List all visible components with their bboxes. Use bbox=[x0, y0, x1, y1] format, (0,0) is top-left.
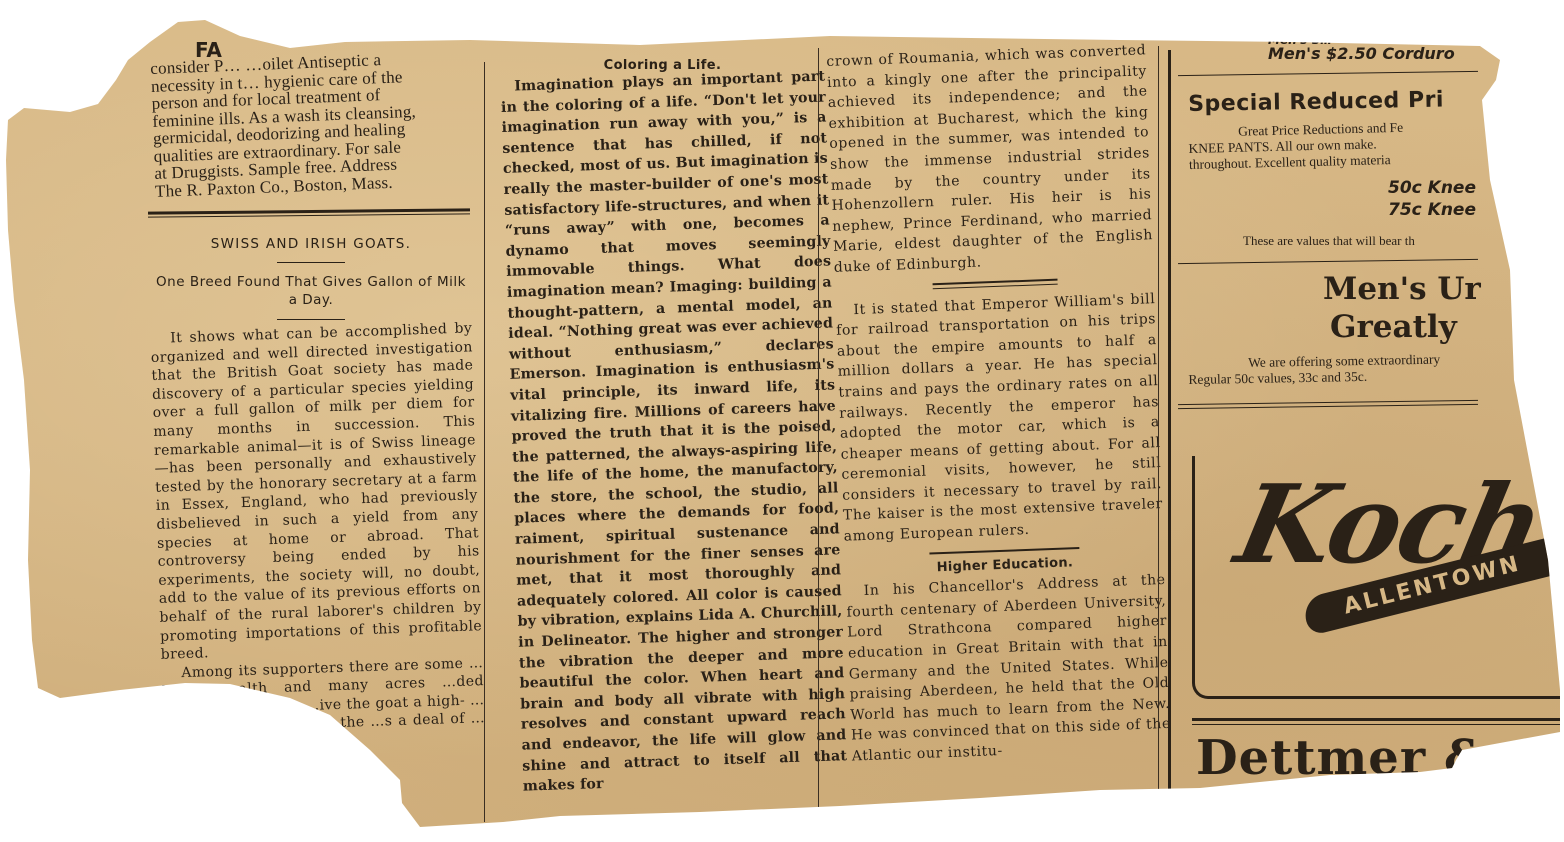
newspaper-clipping: FA consider P… …oilet Antiseptic a neces… bbox=[0, 0, 1564, 842]
ad-border-rule bbox=[1168, 50, 1171, 810]
article-roumania-body: crown of Roumania, which was converted i… bbox=[826, 40, 1172, 767]
article-paragraph: crown of Roumania, which was converted i… bbox=[826, 40, 1154, 278]
article-coloring-body: Imagination plays an important part in t… bbox=[500, 67, 848, 798]
divider-rule bbox=[1178, 404, 1478, 409]
subheadline-goats: One Breed Found That Gives Gallon of Mil… bbox=[150, 273, 472, 309]
divider-rule bbox=[1192, 724, 1562, 725]
column-rule bbox=[818, 48, 819, 818]
divider-rule bbox=[277, 262, 345, 263]
ad-mens-heading: Men's Ur bbox=[1323, 270, 1518, 308]
ad-cut-line: Men's $… bbox=[1268, 36, 1518, 44]
ad-greatly-heading: Greatly bbox=[1330, 308, 1518, 346]
article-paragraph-education: In his Chancellor's Address at the fourt… bbox=[845, 570, 1172, 767]
article-paragraph: It shows what can be accomplished by org… bbox=[150, 319, 483, 664]
article-goats-body: It shows what can be accomplished by org… bbox=[150, 319, 486, 757]
ad-corduroy: Men's $2.50 Corduro bbox=[1268, 44, 1518, 63]
column-ads: Men's $… Men's $2.50 Corduro Special Red… bbox=[1188, 36, 1518, 407]
article-paragraph: Imagination plays an important part in t… bbox=[500, 67, 848, 798]
article-paragraph-kaiser: It is stated that Emperor William's bill… bbox=[835, 289, 1164, 548]
divider-rule bbox=[1178, 259, 1478, 264]
column-coloring-a-life: Coloring a Life. Imagination plays an im… bbox=[500, 58, 825, 798]
ad-values-note: These are values that will bear th bbox=[1243, 233, 1518, 249]
column-roumania-kaiser-education: crown of Roumania, which was converted i… bbox=[826, 52, 1146, 768]
divider-rule bbox=[277, 319, 345, 320]
column-rule bbox=[1158, 46, 1159, 816]
ad-price-75c: 75c Knee bbox=[1388, 199, 1518, 221]
dettmer-ad-heading: Dettmer & bbox=[1196, 730, 1488, 786]
divider-rule bbox=[1192, 718, 1562, 721]
ad-price-50c: 50c Knee bbox=[1388, 177, 1518, 199]
column-goats: FA consider P… …oilet Antiseptic a neces… bbox=[150, 40, 472, 758]
ad-offer-body: We are offering some extraordinary Regul… bbox=[1188, 350, 1519, 388]
toilet-antiseptic-ad: consider P… …oilet Antiseptic a necessit… bbox=[150, 48, 477, 200]
headline-goats: SWISS AND IRISH GOATS. bbox=[150, 236, 472, 252]
divider-rule bbox=[1178, 71, 1478, 76]
article-paragraph: Among its supporters there are some … la… bbox=[161, 654, 486, 758]
ad-special-body: Great Price Reductions and Fe KNEE PANTS… bbox=[1188, 117, 1519, 173]
ad-special-reduced-heading: Special Reduced Pri bbox=[1188, 86, 1518, 117]
column-rule bbox=[484, 62, 485, 822]
divider-rule bbox=[932, 278, 1057, 289]
